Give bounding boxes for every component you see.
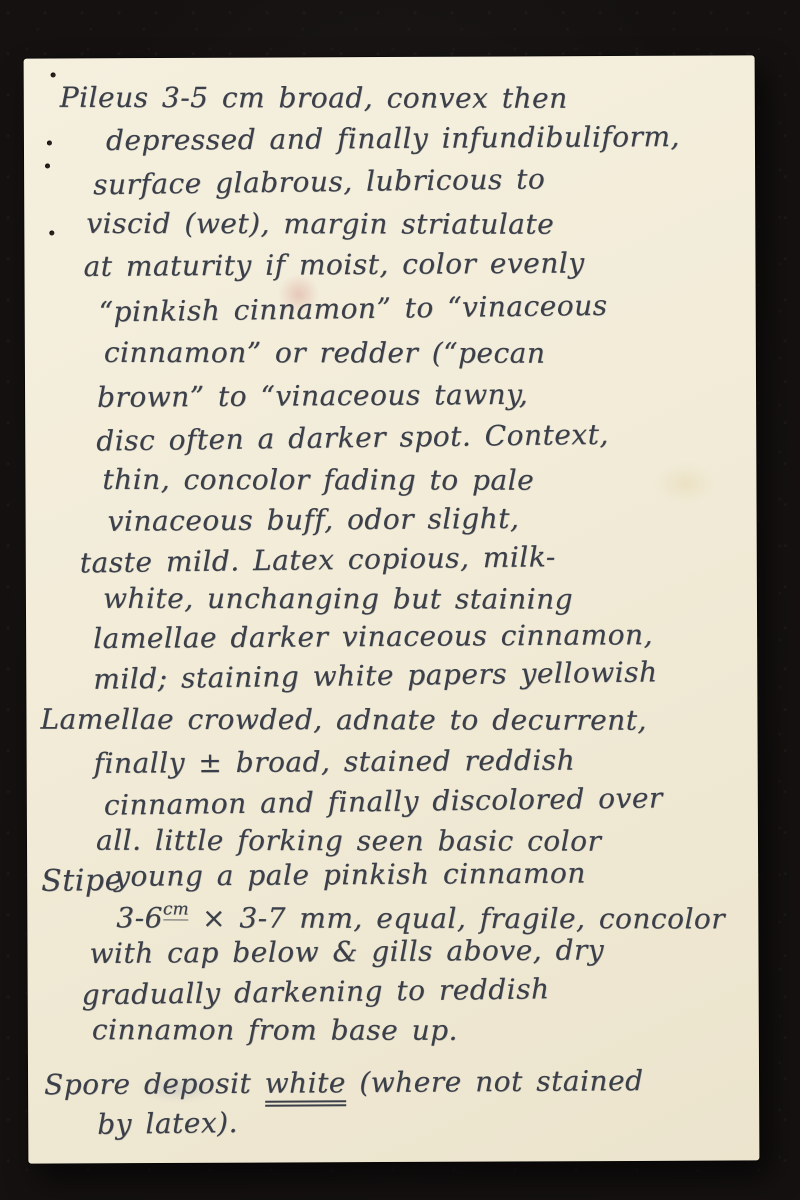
photo-background: { "scene": { "background_color": "#14111… [0,0,800,1200]
handwriting-line: depressed and finally infundibuliform, [106,120,680,158]
underlined-white: white [265,1066,347,1107]
handwriting-line: finally ± broad, stained reddish [94,744,576,781]
stipe-dims-rest: × 3-7 mm, equal, fragile, concolor [189,901,726,935]
handwriting-line: at maturity if moist, color evenly [83,246,584,283]
handwriting-line: with cap below & gills above, dry [89,933,604,971]
handwriting-line: disc often a darker spot. Context, [96,418,609,459]
handwriting-line: all. little forking seen basic color [96,824,601,859]
handwriting-line: thin, concolor fading to pale [102,463,534,498]
spore-suffix: (where not stained [346,1064,644,1099]
staple-hole [45,163,50,168]
handwriting-line: viscid (wet), margin striatulate [86,207,554,242]
stipe-dimensions-line: 3-6cm × 3-7 mm, equal, fragile, concolor [116,892,725,936]
spore-prefix: Spore deposit [44,1067,265,1102]
handwriting-line: surface glabrous, lubricous to [93,162,546,202]
spore-deposit-line: Spore deposit white (where not stained [44,1064,644,1102]
handwriting-line: cinnamon” or redder (“pecan [104,336,546,371]
handwriting-line: mild; staining white papers yellowish [93,655,658,696]
staple-hole [51,72,56,77]
staple-hole [49,230,54,235]
stipe-margin-label: Stipe [41,864,123,899]
index-card: Pileus 3-5 cm broad, convex then depress… [24,55,760,1163]
handwriting-line: Lamellae crowded, adnate to decurrent, [40,703,646,738]
handwriting-line: cinnamon and finally discolored over [104,781,663,822]
handwriting-line: young a pale pinkish cinnamon [114,857,586,894]
handwriting-line: Pileus 3-5 cm broad, convex then [60,81,568,116]
cm-superscript: cm [163,899,189,920]
handwriting-line: “pinkish cinnamon” to “vinaceous [98,289,607,330]
handwriting-line: lamellae darker vinaceous cinnamon, [93,618,653,656]
handwriting-line: by latex). [97,1106,238,1142]
handwriting-line: white, unchanging but staining [103,582,573,617]
handwriting-line: taste mild. Latex copious, milk- [80,540,556,580]
stipe-dims-value: 3-6 [116,901,163,934]
handwriting-line: cinnamon from base up. [92,1013,458,1048]
handwriting-line: vinaceous buff, odor slight, [107,502,519,539]
staple-hole [47,140,52,145]
handwriting-line: gradually darkening to reddish [81,972,549,1012]
handwriting-line: brown” to “vinaceous tawny, [97,378,528,415]
age-spot [655,464,715,504]
